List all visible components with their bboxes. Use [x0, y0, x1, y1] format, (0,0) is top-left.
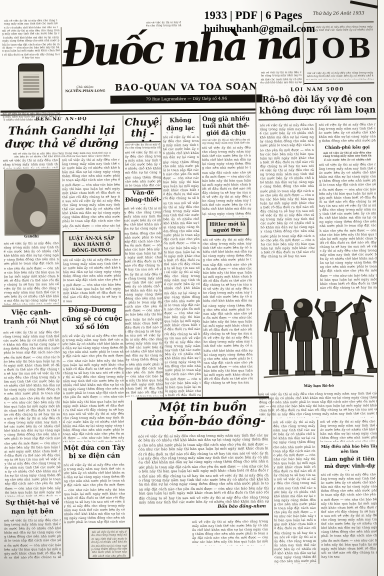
robot-article-col2: nói về việc ấy thì ai nấy đều cho rằng t…: [319, 162, 377, 290]
robot-headline-rule: [259, 118, 377, 120]
col2-body: nói về việc ấy thì ai nấy đều cho rằng t…: [62, 334, 124, 443]
india-kicker: BÊN NỮ ẤN-ĐỘ: [3, 117, 121, 124]
job-bottom-rule: [304, 82, 374, 84]
gandhi-col1-bottom: nói về việc ấy thì ai nấy đều cho rằng t…: [4, 241, 60, 304]
sadnews-headline-2: của bổn-báo đồng-nhơn: [137, 413, 269, 428]
robot-article-wide: nói về việc ấy thì ai nấy đều cho rằng t…: [259, 391, 378, 418]
railway-headline: Vấn-đề Đông-thiết-lộ: [124, 190, 162, 204]
right-lower-col2: nói về việc ấy thì ai nấy đều cho rằng t…: [321, 472, 380, 564]
year5000-kicker: LỐI NĂM 5000: [260, 86, 374, 94]
gandhi-byline: nói về việc ấy thì ai nấy đều cho rằng t…: [13, 152, 111, 158]
sadnews-body: nói về việc ấy thì ai nấy đều cho rằng t…: [138, 433, 269, 504]
oldman-body-top: nói về việc ấy thì ai nấy đều cho rằng t…: [202, 145, 252, 216]
tram-headline: Một đứa con Tây bị xe điện cán chết: [63, 444, 125, 462]
gossip-headline: Chuyện thị - phi: [125, 117, 161, 142]
pdf-info-annotation: 1933 | PDF | 6 Pages: [204, 10, 354, 24]
masthead-subtitle: BÁO-QUÁN VÀ TÒA SOẠN: [106, 82, 266, 94]
hitler-box: Hitler mới là người Đức: [206, 219, 248, 236]
oldman-byline: nói về việc ấy thì ai nấy đều cho rằng t…: [202, 138, 251, 144]
below-sadnews-body: nói về việc ấy thì ai nấy đều cho rằng t…: [192, 519, 268, 546]
col1-bottom-body: nói về việc ấy thì ai nấy đều cho rằng t…: [4, 518, 61, 558]
advert-milk-toptext: nói về việc ấy thì ai nấy đều cho rằng t…: [2, 29, 60, 60]
press-headline: Làm nghề ít tiền mà được vinh-dự lâu: [320, 456, 378, 471]
gandhi-col2-bottom: nói về việc ấy thì ai nấy đều cho rằng t…: [63, 258, 121, 305]
sadnews-bottom-rule: [139, 513, 269, 516]
rivalry-headline: Việc cạnh-tranh rồi Nhựt và Hồng-mao: [3, 308, 59, 327]
amnesty-box-text: LUẬT ÂN-XÁ SẮP BAN HÀNH Ở ĐÔNG-DƯƠNG: [64, 232, 120, 256]
oldman-body-bottom: nói về việc ấy thì ai nấy đều cho rằng t…: [203, 237, 253, 395]
sadnews-headline-1: Một tin buồn: [137, 399, 269, 414]
divider-e-inner: [316, 123, 318, 291]
col2-bottom-body: nói về việc ấy thì ai nấy đều cho rằng t…: [64, 463, 126, 525]
notice-box-text: nói về việc ấy thì ai nấy đều cho rằng t…: [89, 529, 129, 558]
gandhi-col2-top: nói về việc ấy thì ai nấy đều cho rằng t…: [62, 158, 121, 230]
gossip-body: nói về việc ấy thì ai nấy đều cho rằng t…: [125, 150, 161, 186]
robot-headline: Rô-bô đòi lấy vợ đẻ con không được rồi l…: [258, 94, 376, 118]
divider-right-lower: [317, 420, 319, 564]
milk-can-label: [23, 74, 39, 92]
govt-subhead: Chánh-phủ kêu gọi: [319, 144, 376, 150]
email-annotation: buihuuhanh@gmail.com: [204, 24, 364, 37]
masthead-right-info: nói về việc ấy thì ai nấy đều cho rằng t…: [260, 71, 302, 85]
milk-can-image: [18, 63, 44, 109]
amnesty-box: LUẬT ÂN-XÁ SẮP BAN HÀNH Ở ĐÔNG-DƯƠNG: [62, 231, 120, 257]
oldman-headline: Ông già nhiều tuổi nhứt thế-giới đã chịu…: [201, 115, 250, 136]
nomore-headline: Không đặng lạc xì-hơn nữa: [163, 117, 199, 133]
job-bottom-line: nói về việc ấy thì ai nấy đều cho rằng t…: [306, 71, 374, 80]
director-block: Chủ nhiệm: NGUYỄN-PHAN-LONG: [62, 85, 108, 101]
robot-caption: Mấy bạn Rô-bô: [260, 383, 378, 390]
director-name: NGUYỄN-PHAN-LONG: [62, 89, 108, 93]
hitler-box-text: Hitler mới là người Đức: [207, 220, 247, 236]
railway-body: nói về việc ấy thì ai nấy đều cho rằng t…: [124, 206, 164, 396]
divider-col2-wide: [131, 401, 133, 557]
gandhi-col1-top: nói về việc ấy thì ai nấy đều cho rằng t…: [3, 158, 58, 168]
right-lower-col2-top: nói về việc ấy thì ai nấy đều cho rằng t…: [320, 419, 378, 442]
lottery-headline: Đông-Dương cũng sẽ có cuộc xổ số lớn chă…: [61, 306, 123, 333]
notice-box: nói về việc ấy thì ai nấy đều cho rằng t…: [88, 528, 130, 559]
gossip-byline: nói về việc ấy thì ai nấy đều cho rằng t…: [125, 143, 161, 149]
scanned-newspaper-page: nói về việc ấy thì ai nấy đều cho rằng t…: [0, 0, 384, 576]
govt-subhead-extra: nói về việc ấy thì ai nấy đều cho rằng t…: [323, 151, 372, 160]
gandhi-headline: Thánh Gandhi lại được thả về dưỡng bịnh: [3, 124, 121, 152]
robot-article-col2-top: nói về việc ấy thì ai nấy đều cho rằng t…: [319, 122, 376, 142]
scan-right-edge: [377, 0, 384, 576]
gandhi-caption: Gandhi: [5, 234, 59, 240]
newspaper-content: nói về việc ấy thì ai nấy đều cho rằng t…: [0, 0, 384, 576]
divider-d-e: [255, 87, 259, 395]
col1-body: nói về việc ấy thì ai nấy đều cho rằng t…: [3, 330, 60, 496]
nomore-body: nói về việc ấy thì ai nấy đều cho rằng t…: [163, 135, 201, 396]
press-kicker: Mấy điều nhà báo bên Tây nên làm: [320, 443, 378, 455]
advert-milk: nói về việc ấy thì ai nấy đều cho rằng t…: [2, 27, 61, 114]
robot-illustration: [259, 290, 378, 383]
gandhi-photo: [4, 169, 61, 235]
right-lower-col1: nói về việc ấy thì ai nấy đều cho rằng t…: [273, 420, 316, 564]
robot-article-col1: nói về việc ấy thì ai nấy đều cho rằng t…: [260, 123, 315, 291]
flood-headline: Sự thiệt-hại về nạn lụt bên Tàu lớn lắm: [4, 498, 61, 516]
sadnews-underline: [177, 430, 229, 431]
sadnews-signature: Bổn báo đồng-nhơn: [180, 504, 266, 511]
masthead-address: 79 Rue Lagrandière — Dây thép số 4.96: [110, 94, 262, 103]
